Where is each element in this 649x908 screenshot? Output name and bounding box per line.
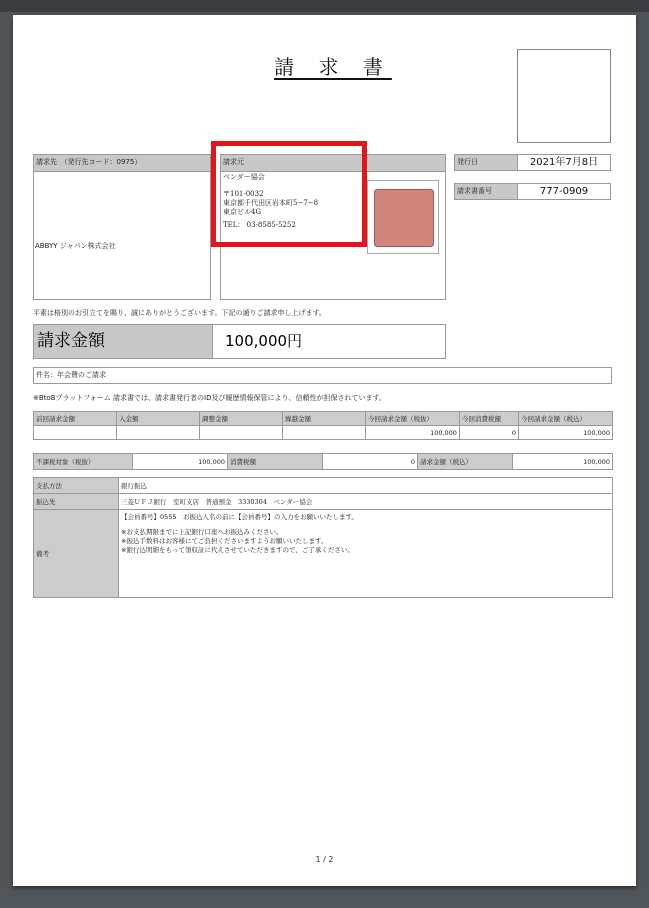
notes-label: 備考 xyxy=(34,510,119,598)
summary-header: 入金額 xyxy=(117,412,200,426)
bank-account-label: 振込先 xyxy=(34,494,119,510)
issuer-highlight-frame xyxy=(211,141,367,247)
tax-table: 不課税対象（税抜） 100,000 消費税額 0 請求金額（税込） 100,00… xyxy=(33,453,613,470)
issue-date-label: 発行日 xyxy=(454,154,518,171)
total-value: 100,000 xyxy=(513,454,613,470)
summary-cell: 0 xyxy=(459,426,518,440)
billed-to-company: ABBYY ジャパン株式会社 xyxy=(35,241,116,251)
notes-line: ※銀行込明細をもって領収証に代えさせていただきますので、ご了承ください。 xyxy=(121,546,610,555)
summary-cell: 100,000 xyxy=(366,426,460,440)
summary-cell xyxy=(200,426,283,440)
total-label: 請求金額（税込） xyxy=(418,454,513,470)
notes-line: ※振込手数料はお客様にてご負担くださいますようお願いいたします。 xyxy=(121,537,610,546)
invoice-number-value: 777-0909 xyxy=(517,183,611,200)
summary-cell xyxy=(117,426,200,440)
nontaxable-label: 不課税対象（税抜） xyxy=(34,454,133,470)
subject-box: 件名：年会費のご請求 xyxy=(33,367,612,384)
payment-method-value: 銀行振込 xyxy=(119,478,613,494)
nontaxable-value: 100,000 xyxy=(133,454,228,470)
tax-label: 消費税額 xyxy=(228,454,323,470)
document-title: 請 求 書 xyxy=(273,51,393,80)
summary-header: 繰越金額 xyxy=(283,412,366,426)
notes-line: ※お支払期限までに上記銀行口座へお振込みください。 xyxy=(121,528,610,537)
amount-value: 100,000円 xyxy=(213,325,302,358)
summary-table: 前回請求金額 入金額 調整金額 繰越金額 今回請求金額（税抜） 今回消費税額 今… xyxy=(33,411,613,440)
amount-label: 請求金額 xyxy=(34,325,213,358)
payment-table: 支払方法 銀行振込 振込先 三菱ＵＦＪ銀行 室町支店 普通預金 3330304 … xyxy=(33,477,613,598)
page-indicator: 1 / 2 xyxy=(13,855,636,864)
seal-stamp-icon xyxy=(374,189,434,247)
invoice-number-label: 請求書番号 xyxy=(454,183,518,200)
summary-cell xyxy=(34,426,117,440)
viewer-toolbar xyxy=(0,0,649,12)
payment-method-label: 支払方法 xyxy=(34,478,119,494)
notes-content: 【会員番号】0555 お振込人名の前に【会員番号】の入力をお願いいたします。 ※… xyxy=(119,510,613,598)
billed-to-box: 請求先 （発行先コード：0975） ABBYY ジャパン株式会社 xyxy=(33,154,211,300)
billed-to-header: 請求先 （発行先コード：0975） xyxy=(34,155,210,172)
summary-cell: 100,000 xyxy=(519,426,613,440)
amount-box: 請求金額 100,000円 xyxy=(33,324,446,359)
greeting-text: 平素は格別のお引立てを賜り、誠にありがとうございます。下記の通りご請求申し上げま… xyxy=(33,308,326,318)
tax-value: 0 xyxy=(323,454,418,470)
summary-header: 前回請求金額 xyxy=(34,412,117,426)
summary-header: 今回消費税額 xyxy=(459,412,518,426)
summary-header: 調整金額 xyxy=(200,412,283,426)
summary-header: 今回請求金額（税込） xyxy=(519,412,613,426)
company-seal xyxy=(367,180,439,254)
summary-cell xyxy=(283,426,366,440)
issue-date-value: 2021年7月8日 xyxy=(517,154,611,171)
document-page: 請 求 書 請求先 （発行先コード：0975） ABBYY ジャパン株式会社 請… xyxy=(13,15,636,886)
bank-account-value: 三菱ＵＦＪ銀行 室町支店 普通預金 3330304 ベンダー協会 xyxy=(119,494,613,510)
stamp-box xyxy=(517,49,611,143)
summary-header: 今回請求金額（税抜） xyxy=(366,412,460,426)
notes-line: 【会員番号】0555 お振込人名の前に【会員番号】の入力をお願いいたします。 xyxy=(121,513,610,522)
platform-note: ※BtoBプラットフォーム 請求書では、請求書発行者のID及び履歴情報保管により… xyxy=(33,393,386,403)
